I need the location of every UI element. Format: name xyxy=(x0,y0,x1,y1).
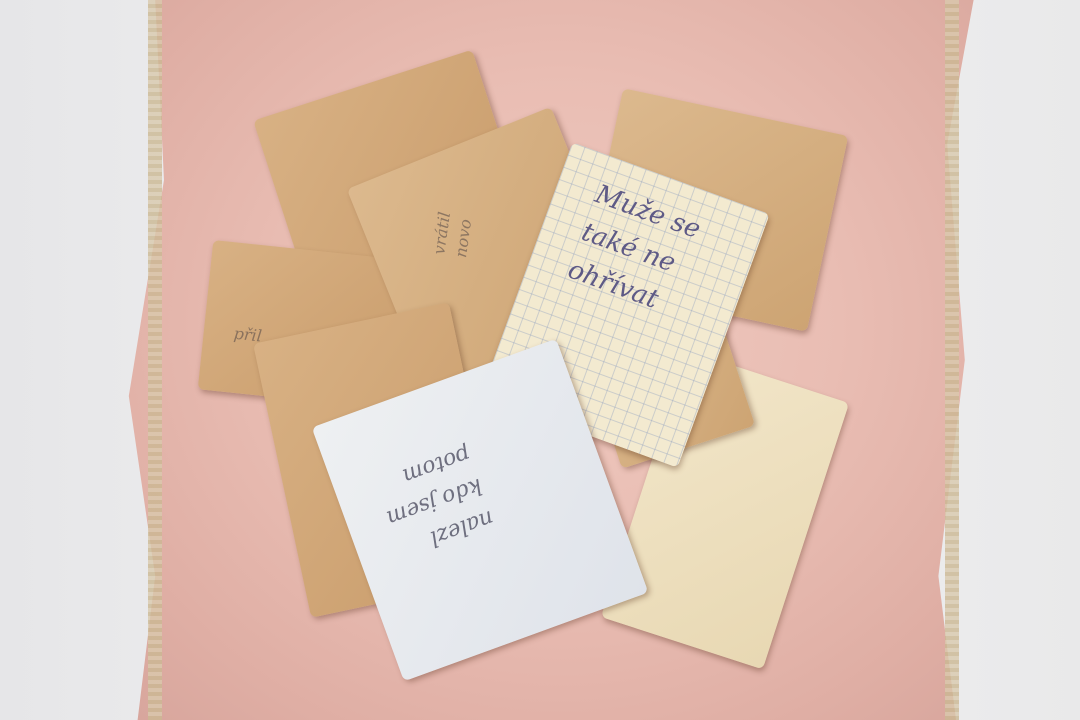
handwriting: Muže se také ne ohřívat xyxy=(562,175,706,325)
handwriting: vrátil novo xyxy=(428,210,478,259)
lace-edge-left xyxy=(148,0,162,720)
handwriting: nalezl kdo jsem potom xyxy=(370,436,499,566)
lace-edge-right xyxy=(945,0,959,720)
